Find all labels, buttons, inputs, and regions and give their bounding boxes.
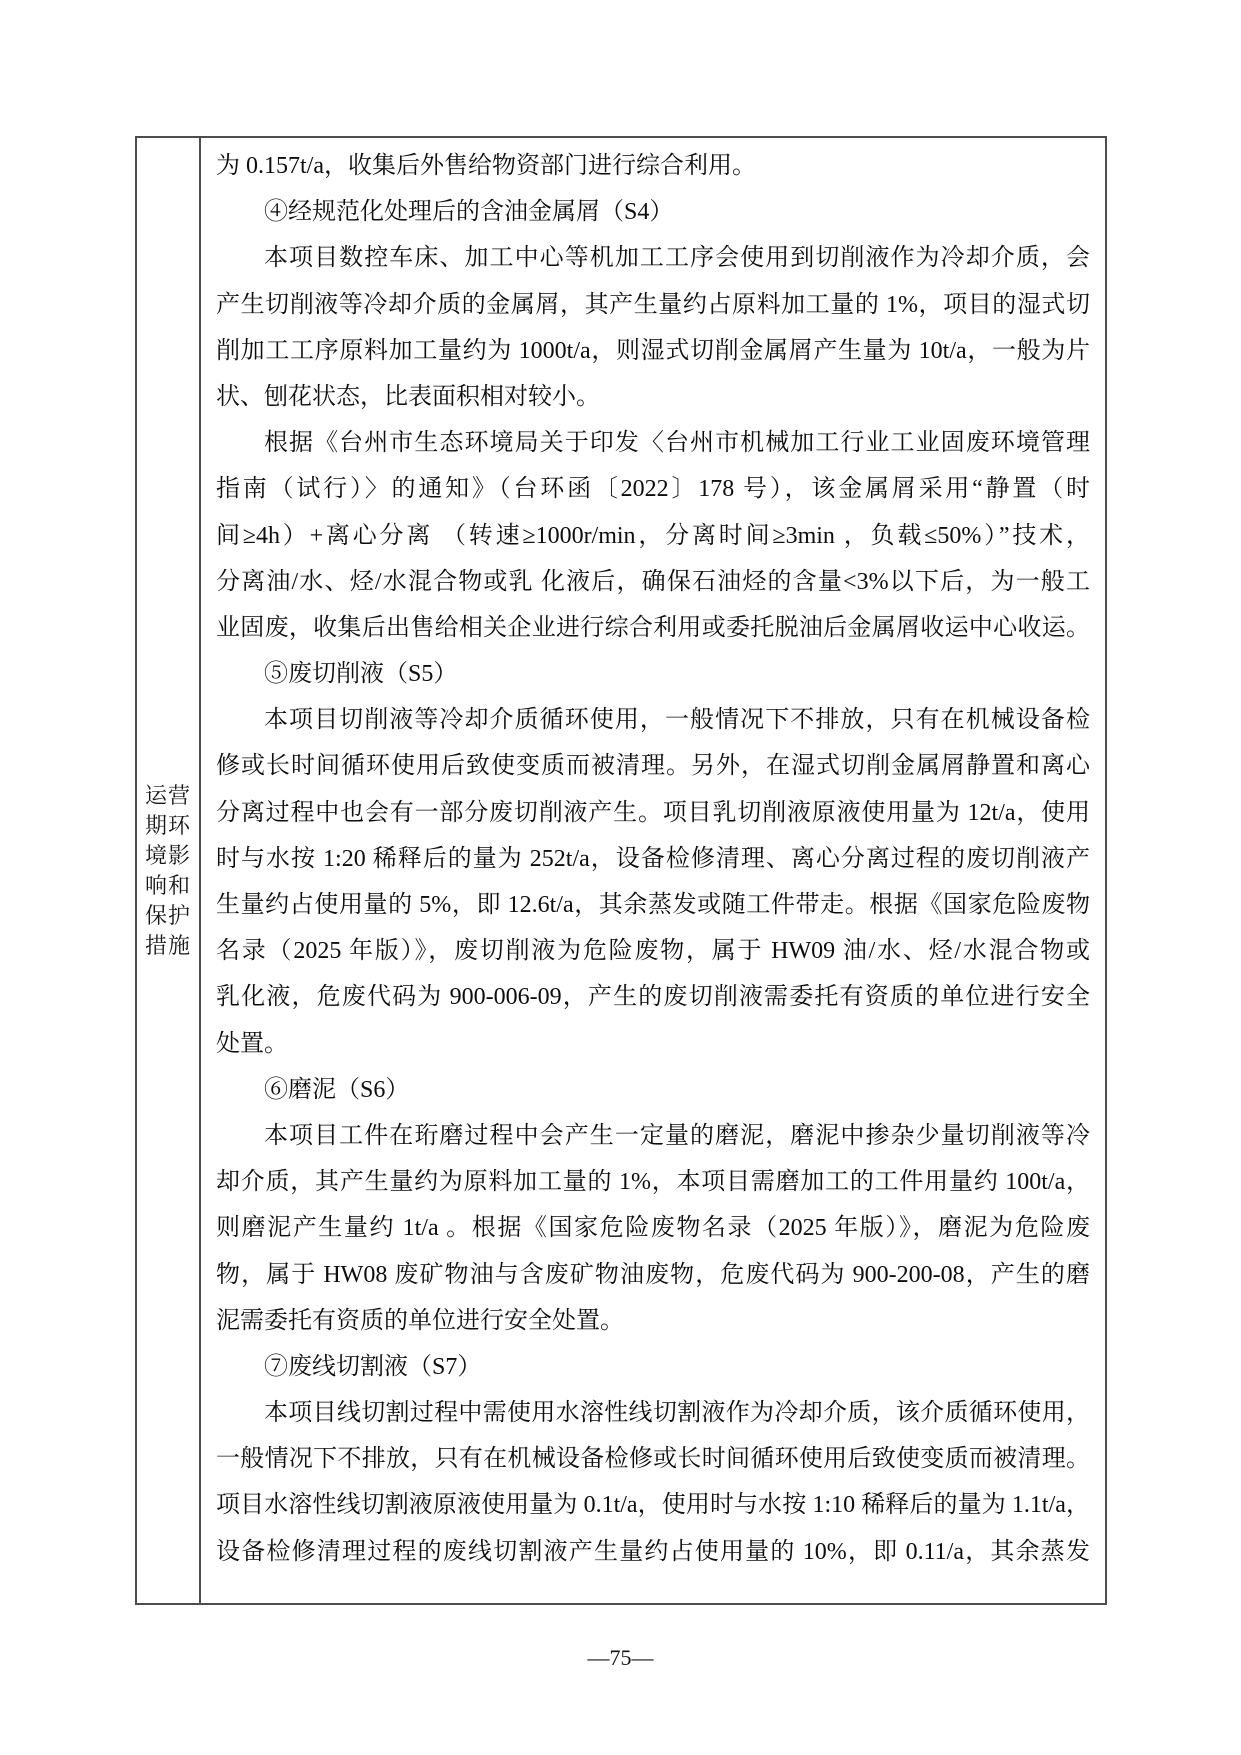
- text-line: ⑥磨泥（S6）: [216, 1067, 1090, 1113]
- row-label-line: 响和: [145, 871, 191, 901]
- text-line: 为 0.157t/a，收集后外售给物资部门进行综合利用。: [216, 143, 1090, 189]
- text-line: 本项目工件在珩磨过程中会产生一定量的磨泥，磨泥中掺杂少量切削液等冷: [216, 1113, 1090, 1159]
- text-line: 泥需委托有资质的单位进行安全处置。: [216, 1298, 1090, 1344]
- text-line: 根据《台州市生态环境局关于印发〈台州市机械加工行业工业固废环境管理: [216, 420, 1090, 466]
- text-line: 分离过程中也会有一部分废切削液产生。项目乳切削液原液使用量为 12t/a，使用: [216, 790, 1090, 836]
- text-line: 本项目切削液等冷却介质循环使用，一般情况下不排放，只有在机械设备检: [216, 697, 1090, 743]
- row-label-line: 保护: [145, 901, 191, 931]
- text-line: 时与水按 1:20 稀释后的量为 252t/a，设备检修清理、离心分离过程的废切…: [216, 836, 1090, 882]
- text-line: 设备检修清理过程的废线切割液产生量约占使用量的 10%，即 0.11/a，其余蒸…: [216, 1529, 1090, 1575]
- text-line: 本项目线切割过程中需使用水溶性线切割液作为冷却介质，该介质循环使用，: [216, 1390, 1090, 1436]
- row-label-line: 措施: [145, 931, 191, 961]
- text-line: 分离油/水、烃/水混合物或乳 化液后，确保石油烃的含量<3%以下后，为一般工: [216, 559, 1090, 605]
- text-line: 处置。: [216, 1021, 1090, 1067]
- text-line: 乳化液，危废代码为 900-006-09，产生的废切削液需委托有资质的单位进行安…: [216, 974, 1090, 1020]
- text-line: 项目水溶性线切割液原液使用量为 0.1t/a，使用时与水按 1:10 稀释后的量…: [216, 1482, 1090, 1528]
- text-line: 业固废，收集后出售给相关企业进行综合利用或委托脱油后金属屑收运中心收运。: [216, 605, 1090, 651]
- content-cell: 为 0.157t/a，收集后外售给物资部门进行综合利用。④经规范化处理后的含油金…: [201, 138, 1105, 1603]
- row-label-cell: 运营期环境影响和保护措施: [137, 138, 201, 1603]
- text-line: 状、刨花状态，比表面积相对较小。: [216, 374, 1090, 420]
- text-line: 却介质，其产生量约为原料加工量的 1%，本项目需磨加工的工件用量约 100t/a…: [216, 1159, 1090, 1205]
- report-table-row: 运营期环境影响和保护措施 为 0.157t/a，收集后外售给物资部门进行综合利用…: [135, 136, 1107, 1605]
- text-line: 名录（2025 年版）》，废切削液为危险废物，属于 HW09 油/水、烃/水混合…: [216, 928, 1090, 974]
- row-label-line: 运营: [145, 781, 191, 811]
- text-line: 指南（试行）〉的通知》（台环函〔2022〕178 号），该金属屑采用“静置（时: [216, 466, 1090, 512]
- text-line: 本项目数控车床、加工中心等机加工工序会使用到切削液作为冷却介质，会: [216, 235, 1090, 281]
- text-line: 修或长时间循环使用后致使变质而被清理。另外，在湿式切削金属屑静置和离心: [216, 743, 1090, 789]
- text-line: ⑤废切削液（S5）: [216, 651, 1090, 697]
- text-line: 产生切削液等冷却介质的金属屑，其产生量约占原料加工量的 1%，项目的湿式切: [216, 282, 1090, 328]
- text-line: 物，属于 HW08 废矿物油与含废矿物油废物，危废代码为 900-200-08，…: [216, 1252, 1090, 1298]
- text-line: ⑦废线切割液（S7）: [216, 1344, 1090, 1390]
- text-line: 则磨泥产生量约 1t/a 。根据《国家危险废物名录（2025 年版）》，磨泥为危…: [216, 1205, 1090, 1251]
- page-number: —75—: [0, 1645, 1241, 1671]
- text-line: 生量约占使用量的 5%，即 12.6t/a，其余蒸发或随工件带走。根据《国家危险…: [216, 882, 1090, 928]
- text-line: 间≥4h）+离心分离 （转速≥1000r/min，分离时间≥3min ，负载≤5…: [216, 513, 1090, 559]
- row-label-line: 境影: [145, 841, 191, 871]
- text-line: ④经规范化处理后的含油金属屑（S4）: [216, 189, 1090, 235]
- text-line: 削加工工序原料加工量约为 1000t/a，则湿式切削金属屑产生量为 10t/a，…: [216, 328, 1090, 374]
- row-label-line: 期环: [145, 811, 191, 841]
- text-line: 一般情况下不排放，只有在机械设备检修或长时间循环使用后致使变质而被清理。: [216, 1436, 1090, 1482]
